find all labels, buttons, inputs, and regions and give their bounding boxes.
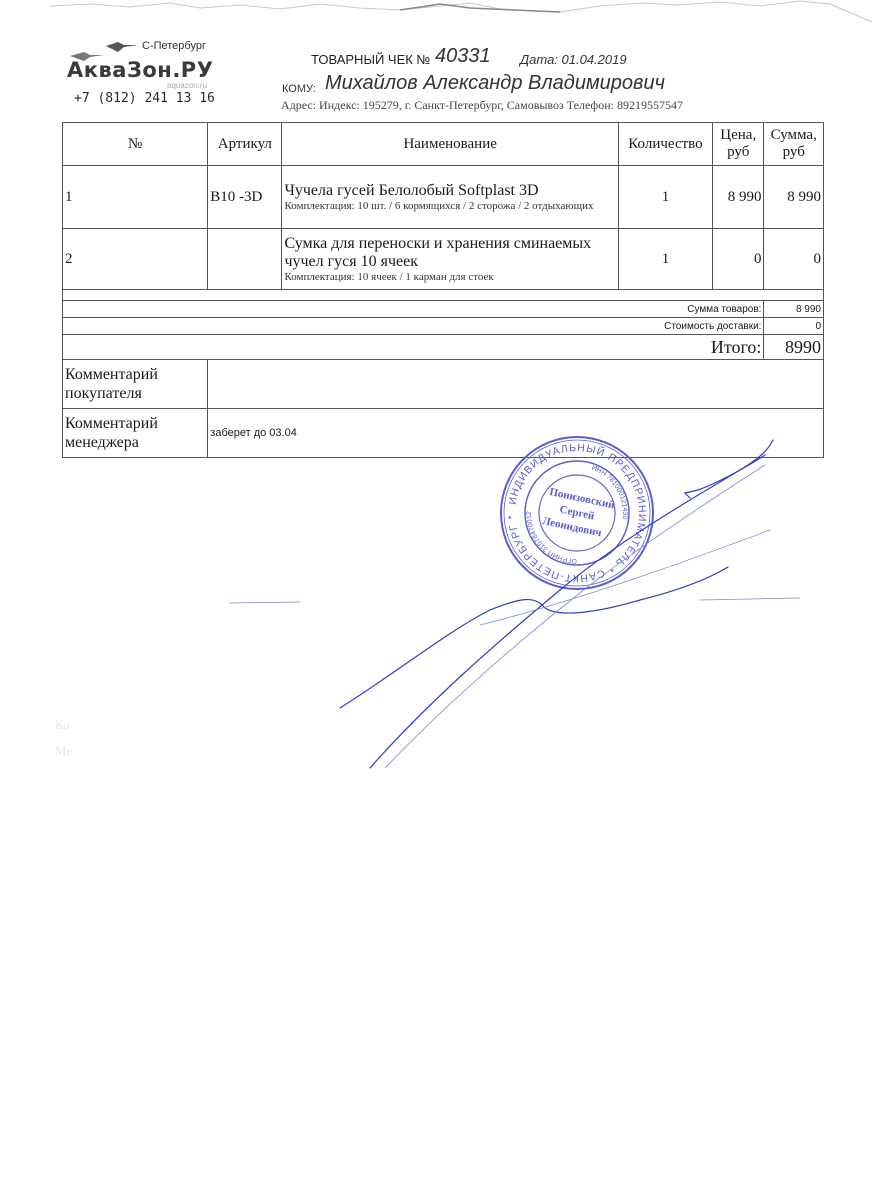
row-price: 0 (713, 229, 764, 290)
row-quantity: 1 (618, 166, 712, 229)
col-header-article: Артикул (208, 123, 282, 166)
col-header-price: Цена, руб (713, 123, 764, 166)
row-sum: 0 (764, 229, 824, 290)
manager-comment-label: Комментарий менеджера (63, 409, 208, 458)
buyer-comment-row: Комментарий покупателя (63, 360, 824, 409)
recipient-name: Михайлов Александр Владимирович (325, 72, 665, 95)
items-table: № Артикул Наименование Количество Цена, … (62, 122, 824, 458)
receipt-date: Дата: 01.04.2019 (520, 52, 627, 67)
company-brand: АкваЗон.РУ (67, 58, 213, 82)
receipt-number: 40331 (435, 45, 491, 68)
col-header-quantity: Количество (618, 123, 712, 166)
table-row: 1 B10 -3D Чучела гусей Белолобый Softpla… (63, 166, 824, 229)
row-name: Сумка для переноски и хранения сминаемых… (284, 235, 615, 271)
delivery-label: Стоимость доставки: (63, 318, 764, 335)
goods-total-value: 8 990 (764, 301, 824, 318)
col-header-sum: Сумма, руб (764, 123, 824, 166)
row-number: 2 (63, 229, 208, 290)
company-site: aquazon.ru (167, 81, 207, 90)
row-article (208, 229, 282, 290)
row-name: Чучела гусей Белолобый Softplast 3D (284, 182, 615, 200)
company-city: С-Петербург (142, 40, 206, 52)
goods-total-row: Сумма товаров: 8 990 (63, 301, 824, 318)
spacer-cell (63, 290, 824, 301)
row-quantity: 1 (618, 229, 712, 290)
bleed-line1: Ко (55, 712, 72, 738)
bleed-line2: Ме (55, 738, 72, 764)
col-header-price-line1: Цена, (715, 127, 761, 144)
spacer-row (63, 290, 824, 301)
table-row: 2 Сумка для переноски и хранения сминаем… (63, 229, 824, 290)
row-price: 8 990 (713, 166, 764, 229)
row-number: 1 (63, 166, 208, 229)
recipient-address: Адрес: Индекс: 195279, г. Санкт-Петербур… (281, 98, 683, 113)
buyer-comment-label: Комментарий покупателя (63, 360, 208, 409)
row-sum: 8 990 (764, 166, 824, 229)
receipt-title: ТОВАРНЫЙ ЧЕК № (311, 52, 430, 67)
grand-total-row: Итого: 8990 (63, 335, 824, 360)
torn-paper-edge (0, 0, 872, 40)
row-name-cell: Сумка для переноски и хранения сминаемых… (282, 229, 618, 290)
table-header-row: № Артикул Наименование Количество Цена, … (63, 123, 824, 166)
recipient-label: КОМУ: (282, 83, 316, 95)
bleed-through-text: Ко Ме (55, 712, 72, 764)
col-header-sum-line1: Сумма, (766, 127, 821, 144)
buyer-comment-value (208, 360, 824, 409)
row-details: Комплектация: 10 шт. / 6 кормящихся / 2 … (284, 200, 615, 213)
row-details: Комплектация: 10 ячеек / 1 карман для ст… (284, 271, 615, 284)
company-stamp: ИНДИВИДУАЛЬНЫЙ ПРЕДПРИНИМАТЕЛЬ * САНКТ-П… (497, 433, 657, 593)
col-header-name: Наименование (282, 123, 618, 166)
manager-comment-row: Комментарий менеджера заберет до 03.04 (63, 409, 824, 458)
delivery-row: Стоимость доставки: 0 (63, 318, 824, 335)
col-header-price-line2: руб (715, 144, 761, 161)
goods-total-label: Сумма товаров: (63, 301, 764, 318)
grand-total-value: 8990 (764, 335, 824, 360)
row-name-cell: Чучела гусей Белолобый Softplast 3D Комп… (282, 166, 618, 229)
row-article: B10 -3D (208, 166, 282, 229)
delivery-value: 0 (764, 318, 824, 335)
col-header-sum-line2: руб (766, 144, 821, 161)
grand-total-label: Итого: (63, 335, 764, 360)
company-phone: +7 (812) 241 13 16 (74, 91, 215, 106)
col-header-number: № (63, 123, 208, 166)
